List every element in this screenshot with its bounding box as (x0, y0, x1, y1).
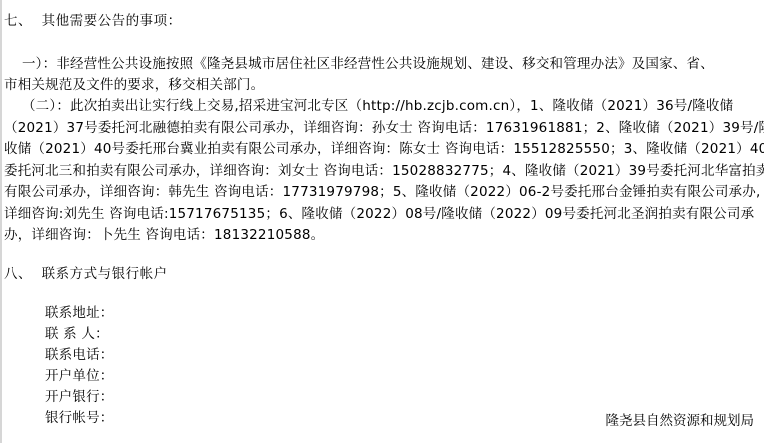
field-account-number: 银行帐号： (36, 391, 113, 427)
para-1-line-2: 市相关规范及文件的要求，移交相关部门。 (4, 76, 264, 94)
left-border (0, 0, 2, 443)
para-2-line-4: 委托河北三和拍卖有限公司承办，详细咨询：刘女士 咨询电话：15028832775… (4, 162, 764, 180)
para-2-line-5: 有限公司承办，详细咨询：韩先生 咨询电话：17731979798；5、隆收储（2… (4, 183, 760, 201)
para-2-line-2: （2021）37号委托河北融德拍卖有限公司承办，详细咨询：孙女士 咨询电话：17… (4, 119, 764, 137)
para-2-line-7: 办，详细咨询：卜先生 咨询电话：18132210588。 (4, 226, 324, 244)
para-2-line-1: （二）：此次拍卖出让实行线上交易,招采进宝河北专区（http://hb.zcjb… (4, 97, 733, 115)
section-8-heading: 八、 联系方式与银行帐户 (4, 265, 168, 283)
para-2-line-3: 收储（2021）40号委托邢台冀业拍卖有限公司承办，详细咨询：陈女士 咨询电话：… (4, 140, 764, 158)
signature: 隆尧县自然资源和规划局 (606, 412, 755, 430)
field-label: 银行帐号： (45, 410, 114, 426)
para-1-line-1: 一）：非经营性公共设施按照《隆尧县城市居住社区非经营性公共设施规划、建设、移交和… (4, 55, 714, 73)
para-2-line-6: 详细咨询:刘先生 咨询电话:15717675135；6、隆收储（2022）08号… (4, 205, 754, 223)
section-7-heading: 七、 其他需要公告的事项： (4, 12, 182, 30)
